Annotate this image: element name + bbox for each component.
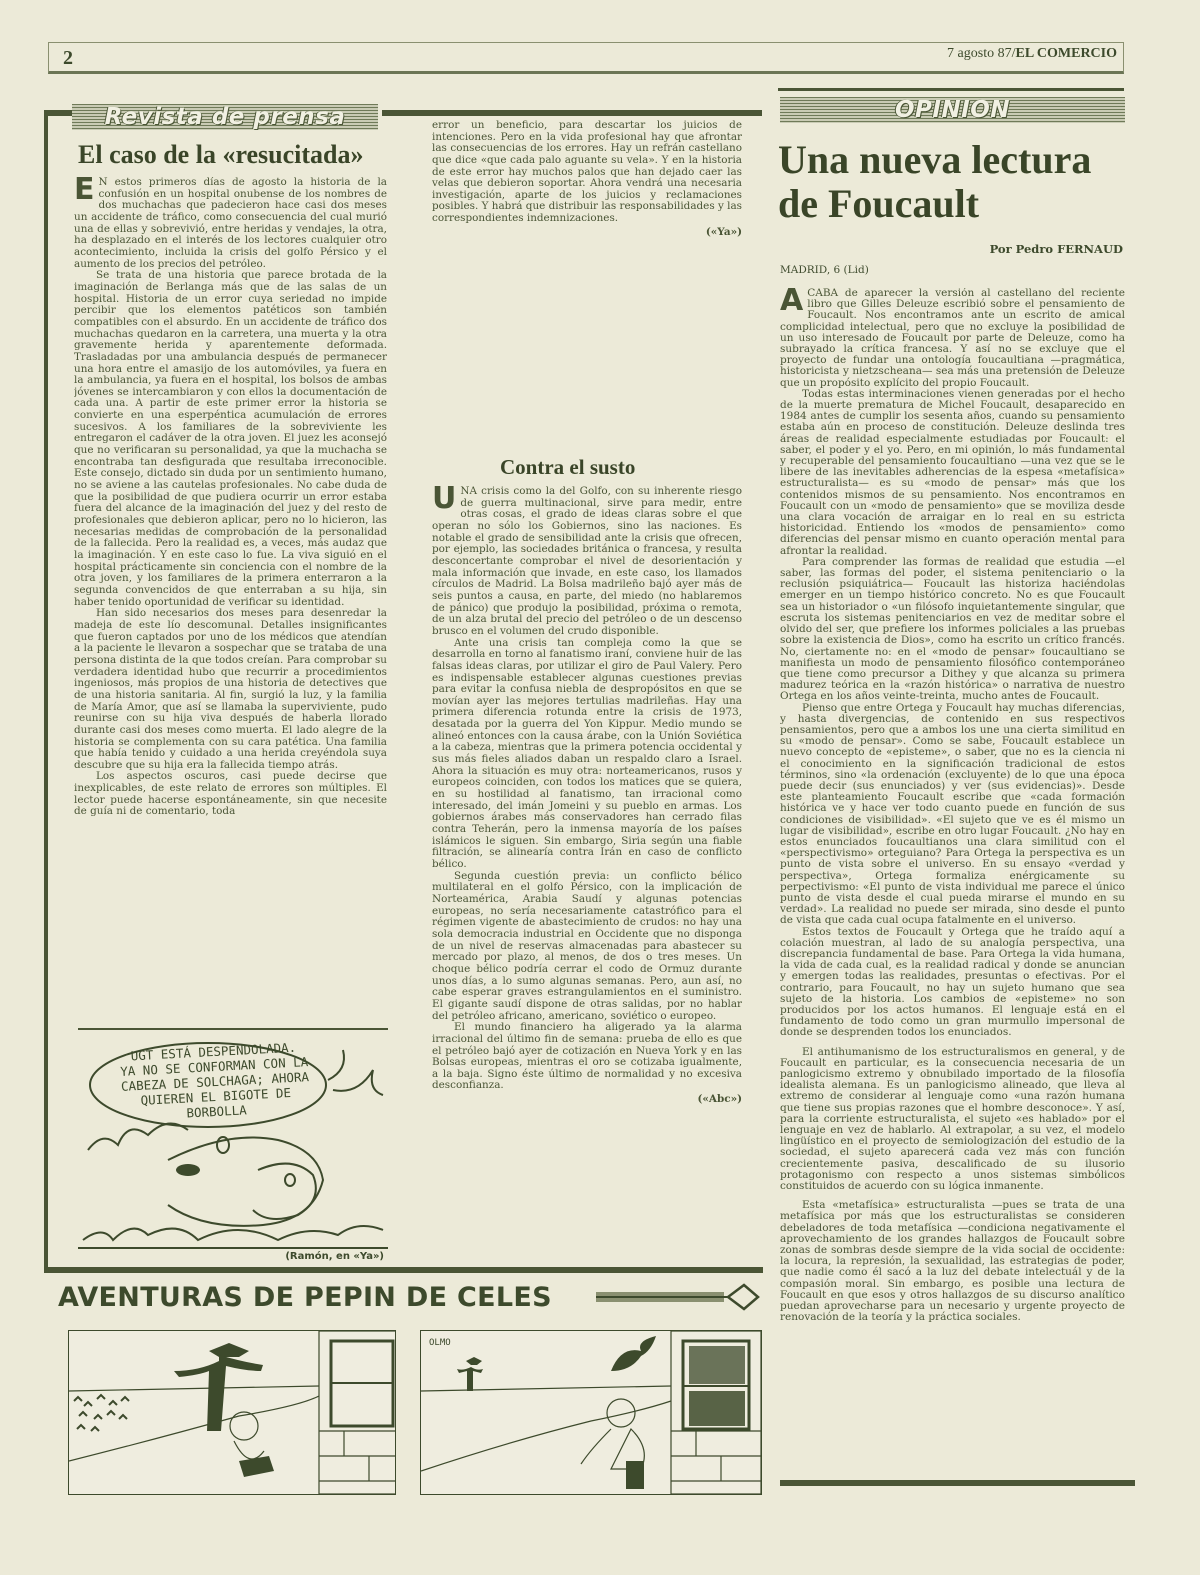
title-line: de Foucault: [778, 182, 1091, 226]
paragraph: Para comprender las formas de realidad q…: [780, 557, 1125, 703]
divider: [780, 1480, 1135, 1486]
divider: [78, 1028, 388, 1030]
article-body-col2: clase de preguntas sobre cómo una famili…: [432, 120, 742, 450]
cartoon-credit: (Ramón, en «Ya»): [285, 1251, 384, 1262]
byline: Por Pedro FERNAUD: [780, 242, 1123, 256]
paragraph: Segunda cuestión previa: un conflicto bé…: [432, 871, 742, 1023]
paragraph: Esta «metafísica» estructuralista —pues …: [780, 1200, 1125, 1323]
paragraph-text: NA crisis como la del Golfo, con su inhe…: [432, 486, 742, 637]
divider: [778, 88, 1124, 91]
paragraph: UNA crisis como la del Golfo, con su inh…: [432, 486, 742, 638]
comic-strip-title: AVENTURAS DE PEPIN DE CELES: [58, 1282, 552, 1313]
article-title: El caso de la «resucitada»: [78, 140, 364, 170]
opinion-body: ACABA de aparecer la versión al castella…: [780, 288, 1125, 1468]
dropcap: A: [780, 289, 803, 313]
section-banner-opinion: OPINION: [780, 97, 1125, 123]
paragraph: No vamos a hacer ahora de jueces. Es suf…: [432, 120, 742, 225]
paragraph: Se trata de una historia que parece brot…: [74, 270, 387, 608]
paragraph: Ante una crisis tan compleja como la que…: [432, 638, 742, 871]
panel-drawing: [69, 1331, 395, 1494]
paragraph: EN estos primeros días de agosto la hist…: [74, 177, 387, 270]
dateline: MADRID, 6 (Lid): [780, 264, 869, 276]
dropcap: U: [432, 487, 456, 511]
frame-rule: [382, 110, 762, 116]
section-banner-label: Revista de prensa: [105, 104, 346, 130]
section-banner-revista: Revista de prensa: [72, 104, 378, 130]
article-body-col2b: UNA crisis como la del Golfo, con su inh…: [432, 486, 742, 1266]
article-title: Contra el susto: [500, 455, 635, 480]
paragraph: Todas estas interminaciones vienen gener…: [780, 389, 1125, 557]
paragraph: Pienso que entre Ortega y Foucault hay m…: [780, 703, 1125, 927]
arrow-ornament-icon: [596, 1283, 762, 1313]
title-line: Una nueva lectura: [778, 138, 1091, 182]
section-banner-label: OPINION: [895, 97, 1010, 123]
dropcap: E: [74, 178, 95, 202]
panel-drawing: OLMO: [421, 1331, 761, 1494]
speech-bubble: UGT ESTÁ DESPENDOLADA. YA NO SE CONFORMA…: [98, 1038, 332, 1125]
page-header: 2 7 agosto 87/EL COMERCIO: [48, 42, 1124, 74]
newspaper-name: EL COMERCIO: [1015, 46, 1117, 61]
paragraph: El antihumanismo de los estructuralismos…: [780, 1047, 1125, 1193]
source-credit: («Ya»): [432, 227, 742, 239]
paragraph: ACABA de aparecer la versión al castella…: [780, 288, 1125, 389]
paragraph-text: N estos primeros días de agosto la histo…: [74, 177, 387, 270]
source-credit: («Abc»): [432, 1094, 742, 1106]
paragraph: El mundo financiero ha aligerado ya la a…: [432, 1022, 742, 1092]
opinion-title: Una nueva lectura de Foucault: [778, 138, 1091, 226]
date-text: 7 agosto 87/: [947, 46, 1015, 61]
political-cartoon: UGT ESTÁ DESPENDOLADA. YA NO SE CONFORMA…: [78, 1040, 388, 1260]
comic-panel-1: [68, 1330, 396, 1495]
edition-date: 7 agosto 87/EL COMERCIO: [947, 46, 1117, 62]
paragraph-text: CABA de aparecer la versión al castellan…: [780, 288, 1125, 389]
article-body-col1: EN estos primeros días de agosto la hist…: [74, 177, 387, 1022]
artist-signature: OLMO: [429, 1338, 451, 1348]
comic-panel-2: OLMO: [420, 1330, 762, 1495]
paragraph: Los aspectos oscuros, casi puede decirse…: [74, 771, 387, 818]
page-number: 2: [63, 47, 73, 70]
paragraph: Han sido necesarios dos meses para desen…: [74, 608, 387, 771]
paragraph: Estos textos de Foucault y Ortega que he…: [780, 927, 1125, 1039]
